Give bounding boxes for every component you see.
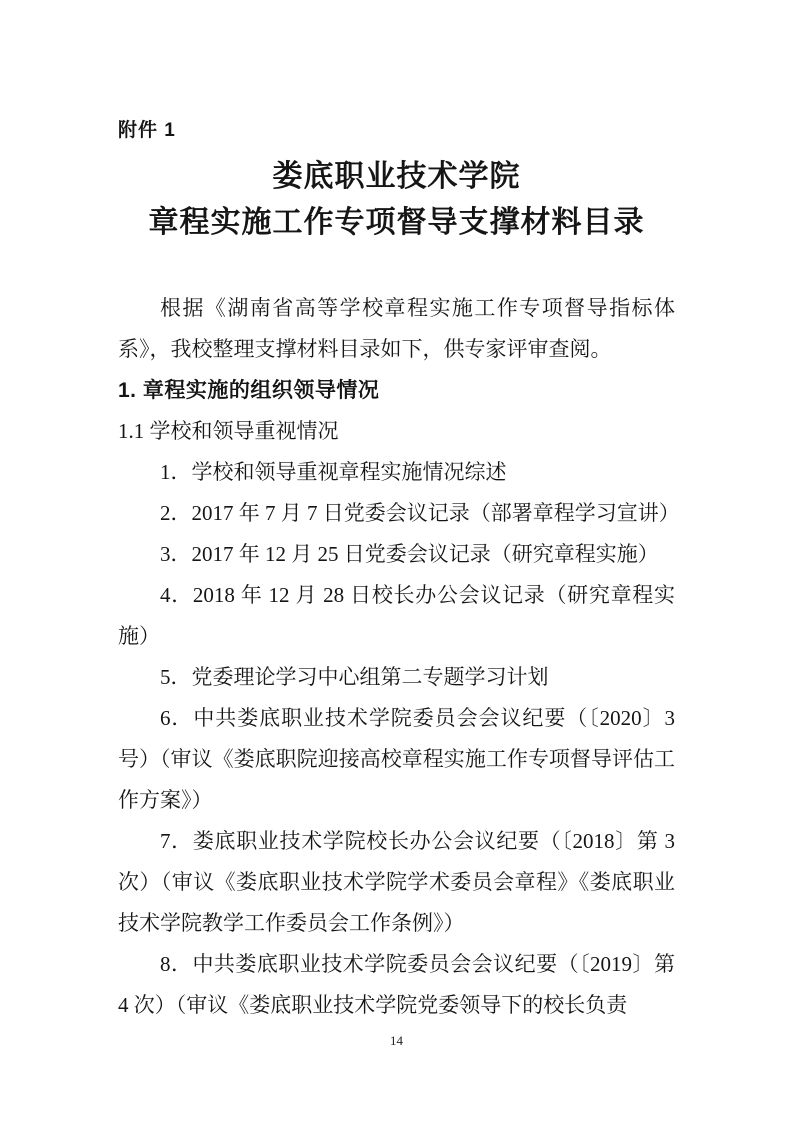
- section-heading: 1. 章程实施的组织领导情况: [118, 370, 675, 411]
- material-list-item: 2．2017 年 7 月 7 日党委会议记录（部署章程学习宣讲）: [118, 493, 675, 534]
- material-list-item: 5．党委理论学习中心组第二专题学习计划: [118, 657, 675, 698]
- material-list-item: 3．2017 年 12 月 25 日党委会议记录（研究章程实施）: [118, 534, 675, 575]
- document-page: 附件 1 娄底职业技术学院 章程实施工作专项督导支撑材料目录 根据《湖南省高等学…: [0, 0, 793, 1122]
- document-title-line-1: 娄底职业技术学院: [118, 154, 675, 200]
- document-content: 附件 1 娄底职业技术学院 章程实施工作专项督导支撑材料目录 根据《湖南省高等学…: [0, 0, 793, 1026]
- material-list-item: 1．学校和领导重视章程实施情况综述: [118, 452, 675, 493]
- attachment-label: 附件 1: [118, 118, 675, 144]
- subsection-heading: 1.1 学校和领导重视情况: [118, 411, 675, 452]
- material-list-item: 8．中共娄底职业技术学院委员会会议纪要（〔2019〕第 4 次）（审议《娄底职业…: [118, 944, 675, 1026]
- intro-paragraph: 根据《湖南省高等学校章程实施工作专项督导指标体系》，我校整理支撑材料目录如下，供…: [118, 288, 675, 370]
- material-list-item: 6．中共娄底职业技术学院委员会会议纪要（〔2020〕3 号）（审议《娄底职院迎接…: [118, 698, 675, 821]
- document-body: 根据《湖南省高等学校章程实施工作专项督导指标体系》，我校整理支撑材料目录如下，供…: [118, 288, 675, 1026]
- document-title-line-2: 章程实施工作专项督导支撑材料目录: [118, 200, 675, 246]
- document-title: 娄底职业技术学院 章程实施工作专项督导支撑材料目录: [118, 154, 675, 246]
- material-list-item: 7．娄底职业技术学院校长办公会议纪要（〔2018〕第 3 次）（审议《娄底职业技…: [118, 821, 675, 944]
- page-number: 14: [0, 1034, 793, 1048]
- material-list-item: 4．2018 年 12 月 28 日校长办公会议记录（研究章程实施）: [118, 575, 675, 657]
